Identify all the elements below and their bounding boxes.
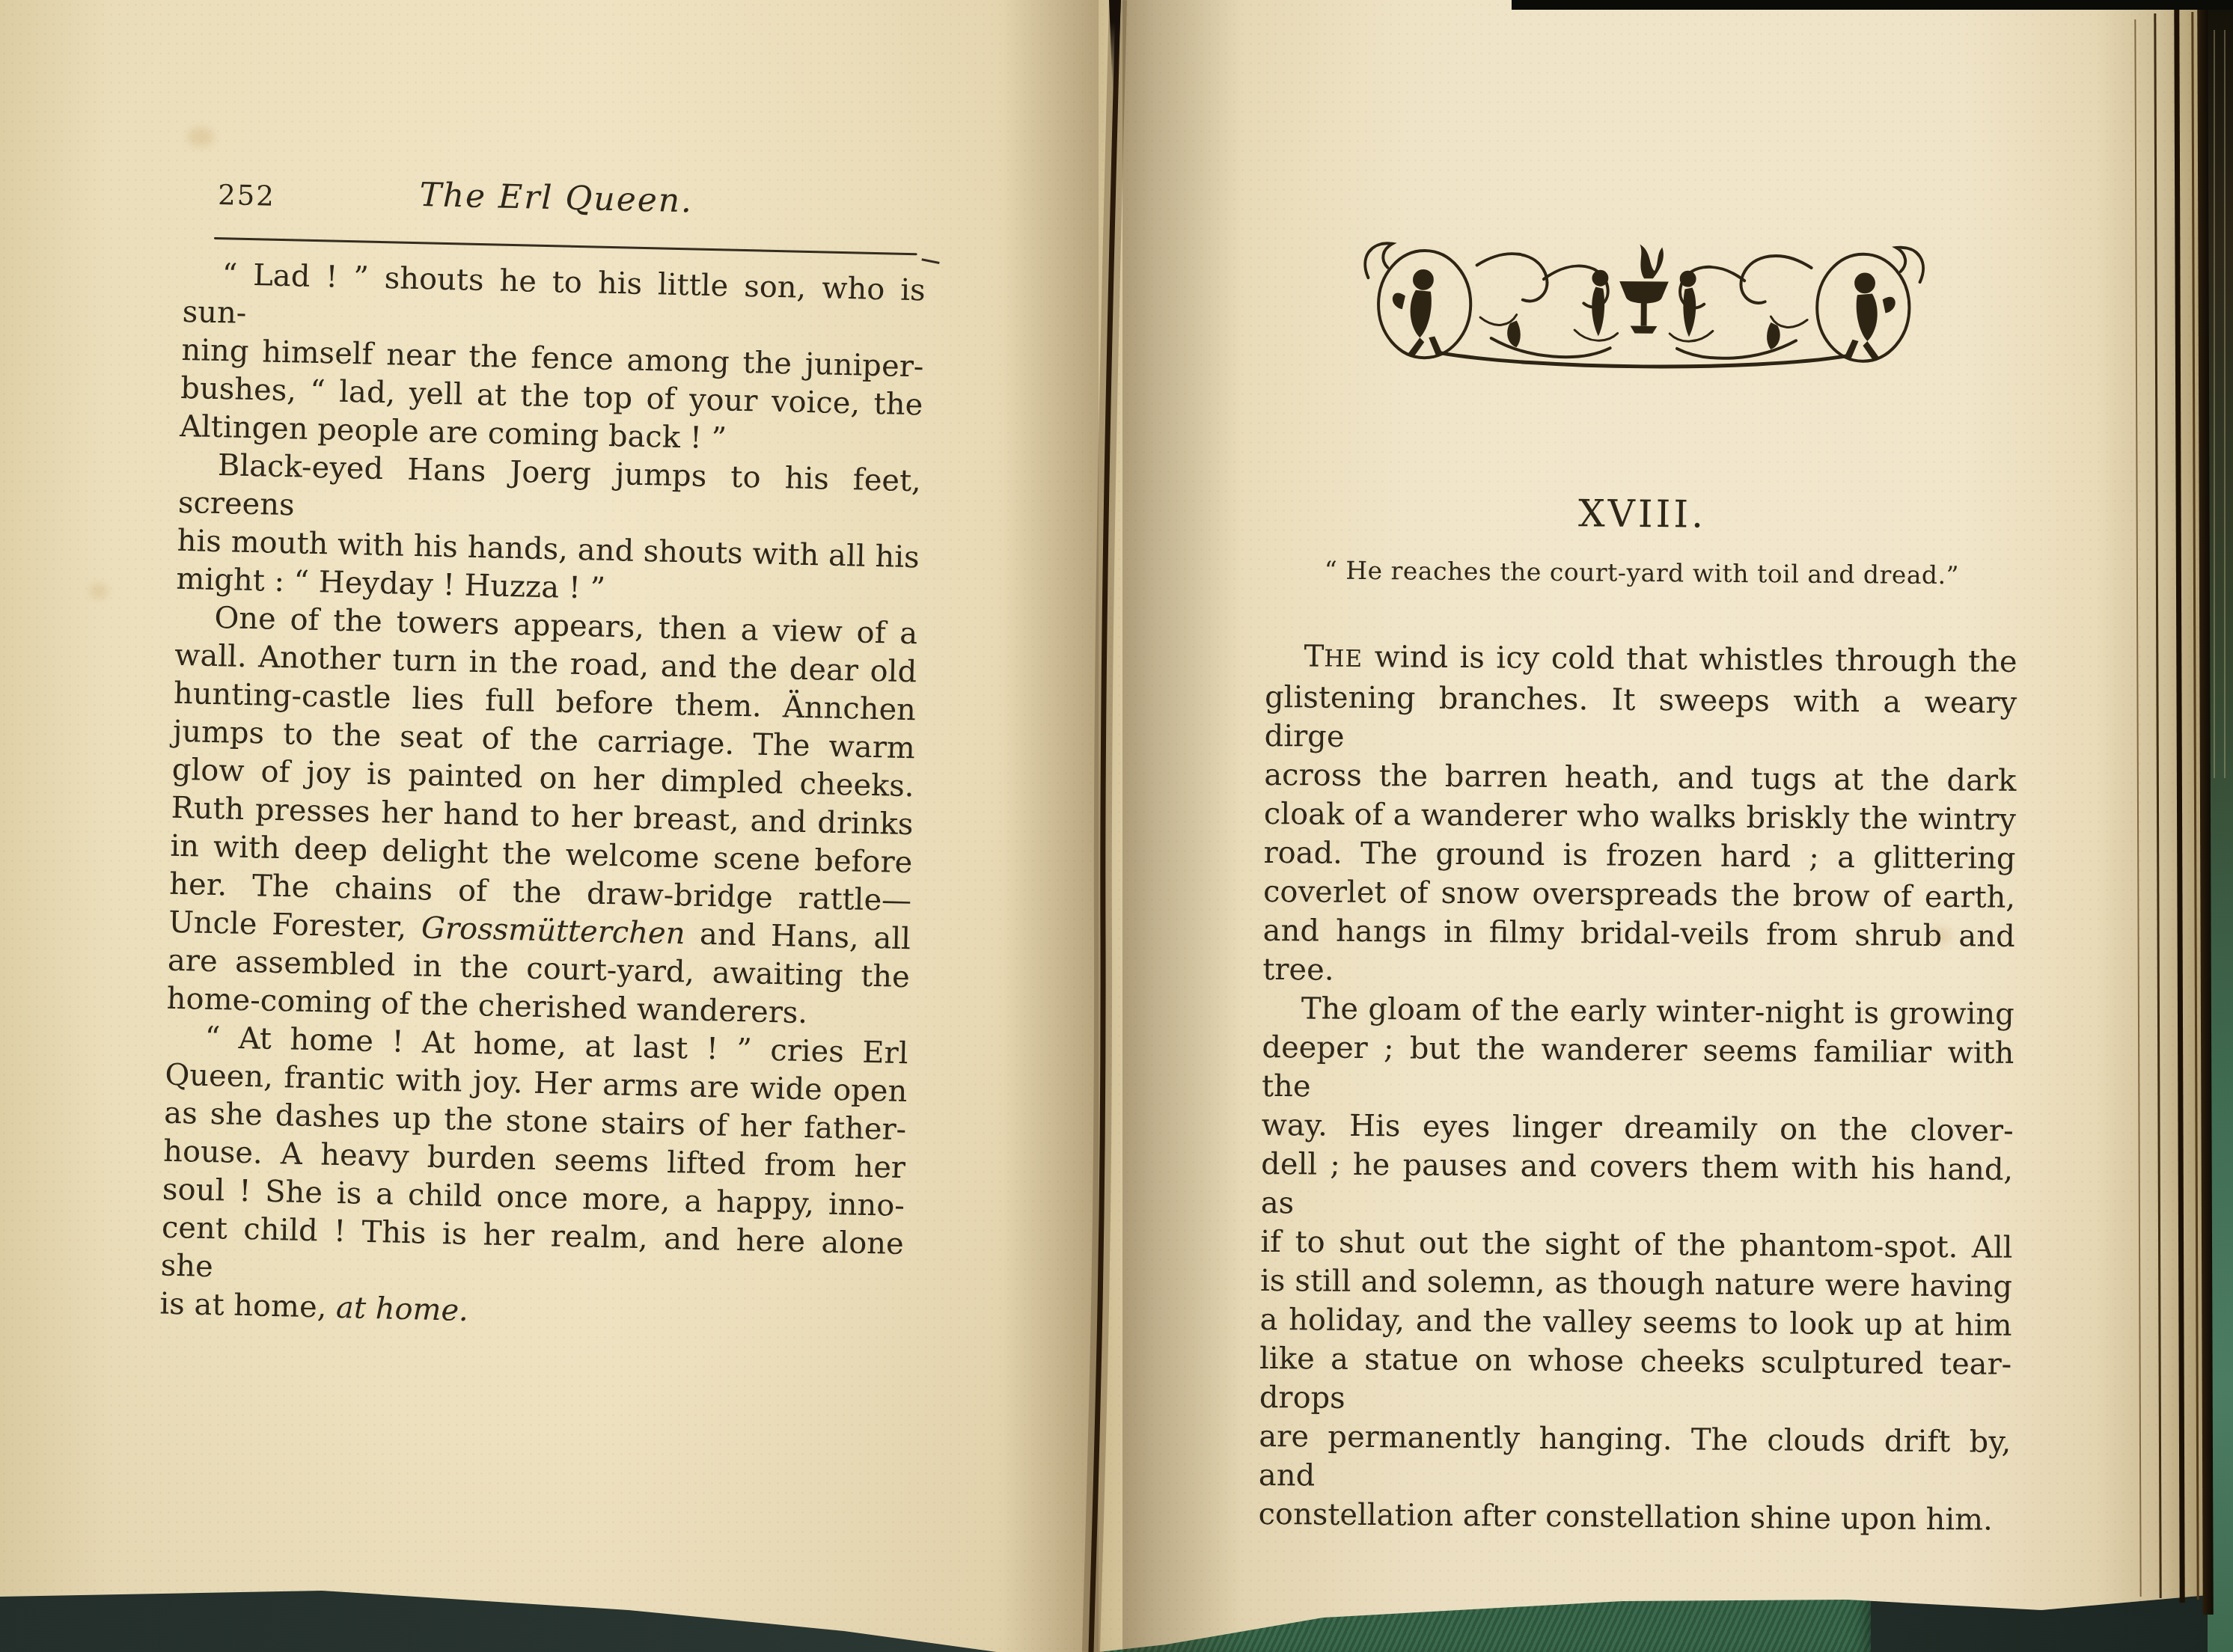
scan-top-edge <box>1512 0 2233 10</box>
text-line: road. The ground is frozen hard ; a glit… <box>1263 833 2015 878</box>
left-body-text: “ Lad ! ” shouts he to his little son, w… <box>159 255 926 1340</box>
text-line: constellation after constellation shine … <box>1258 1495 2010 1540</box>
text-line: are permanently hanging. The clouds drif… <box>1259 1417 2011 1501</box>
paragraph: The gloam of the early winter-night is g… <box>1258 989 2014 1540</box>
text-line: dell ; he pauses and covers them with hi… <box>1261 1145 2014 1229</box>
chapter-ornament-woodcut <box>1268 232 2020 377</box>
foxing-spot <box>187 127 214 147</box>
text-line: way. His eyes linger dreamily on the clo… <box>1261 1106 2013 1151</box>
text-line: The wind is icy cold that whistles throu… <box>1265 637 2017 684</box>
chapter-number: XVIII. <box>1266 489 2018 539</box>
page-edge-thread <box>2214 30 2215 778</box>
page-number: 252 <box>218 179 276 212</box>
text-line: a holiday, and the valley seems to look … <box>1259 1300 2011 1345</box>
text-line: if to shut out the sight of the phantom-… <box>1260 1223 2012 1267</box>
text-line: coverlet of snow overspreads the brow of… <box>1263 872 2015 917</box>
right-page-content: XVIII. “ He reaches the court-yard with … <box>1258 232 2020 1540</box>
text-line: like a statue on whose cheeks sculptured… <box>1259 1339 2012 1423</box>
text-line: The gloam of the early winter-night is g… <box>1262 989 2014 1034</box>
foxing-spot <box>90 584 108 599</box>
text-line: is still and solemn, as though nature we… <box>1260 1261 2012 1306</box>
text-line: deeper ; but the wanderer seems familiar… <box>1262 1028 2014 1112</box>
text-line: across the barren heath, and tugs at the… <box>1264 756 2016 801</box>
paragraph: One of the towers appears, then a view o… <box>166 599 917 1035</box>
right-body-text: The wind is icy cold that whistles throu… <box>1258 637 2017 1540</box>
text-line: glistening branches. It sweeps with a we… <box>1265 678 2017 762</box>
paragraph: Black-eyed Hans Joerg jumps to his feet,… <box>176 446 921 615</box>
ornament-frieze-svg <box>1357 233 1931 373</box>
chapter-epigraph: “ He reaches the court-yard with toil an… <box>1265 555 2017 590</box>
text-line: cloak of a wanderer who walks briskly th… <box>1264 795 2016 839</box>
text-line: tree. <box>1262 950 2014 995</box>
book-spread: 252 The Erl Queen. “ Lad ! ” shouts he t… <box>0 0 2233 1652</box>
gutter-crease <box>1054 0 1173 1652</box>
paragraph: The wind is icy cold that whistles throu… <box>1262 637 2017 995</box>
paragraph: “ Lad ! ” shouts he to his little son, w… <box>180 255 926 462</box>
paragraph: “ At home ! At home, at last ! ” cries E… <box>159 1018 908 1340</box>
text-line: and hangs in filmy bridal-veils from shr… <box>1262 911 2014 956</box>
page-edge-thread <box>2224 30 2226 778</box>
left-page-content: 252 The Erl Queen. “ Lad ! ” shouts he t… <box>159 171 928 1340</box>
